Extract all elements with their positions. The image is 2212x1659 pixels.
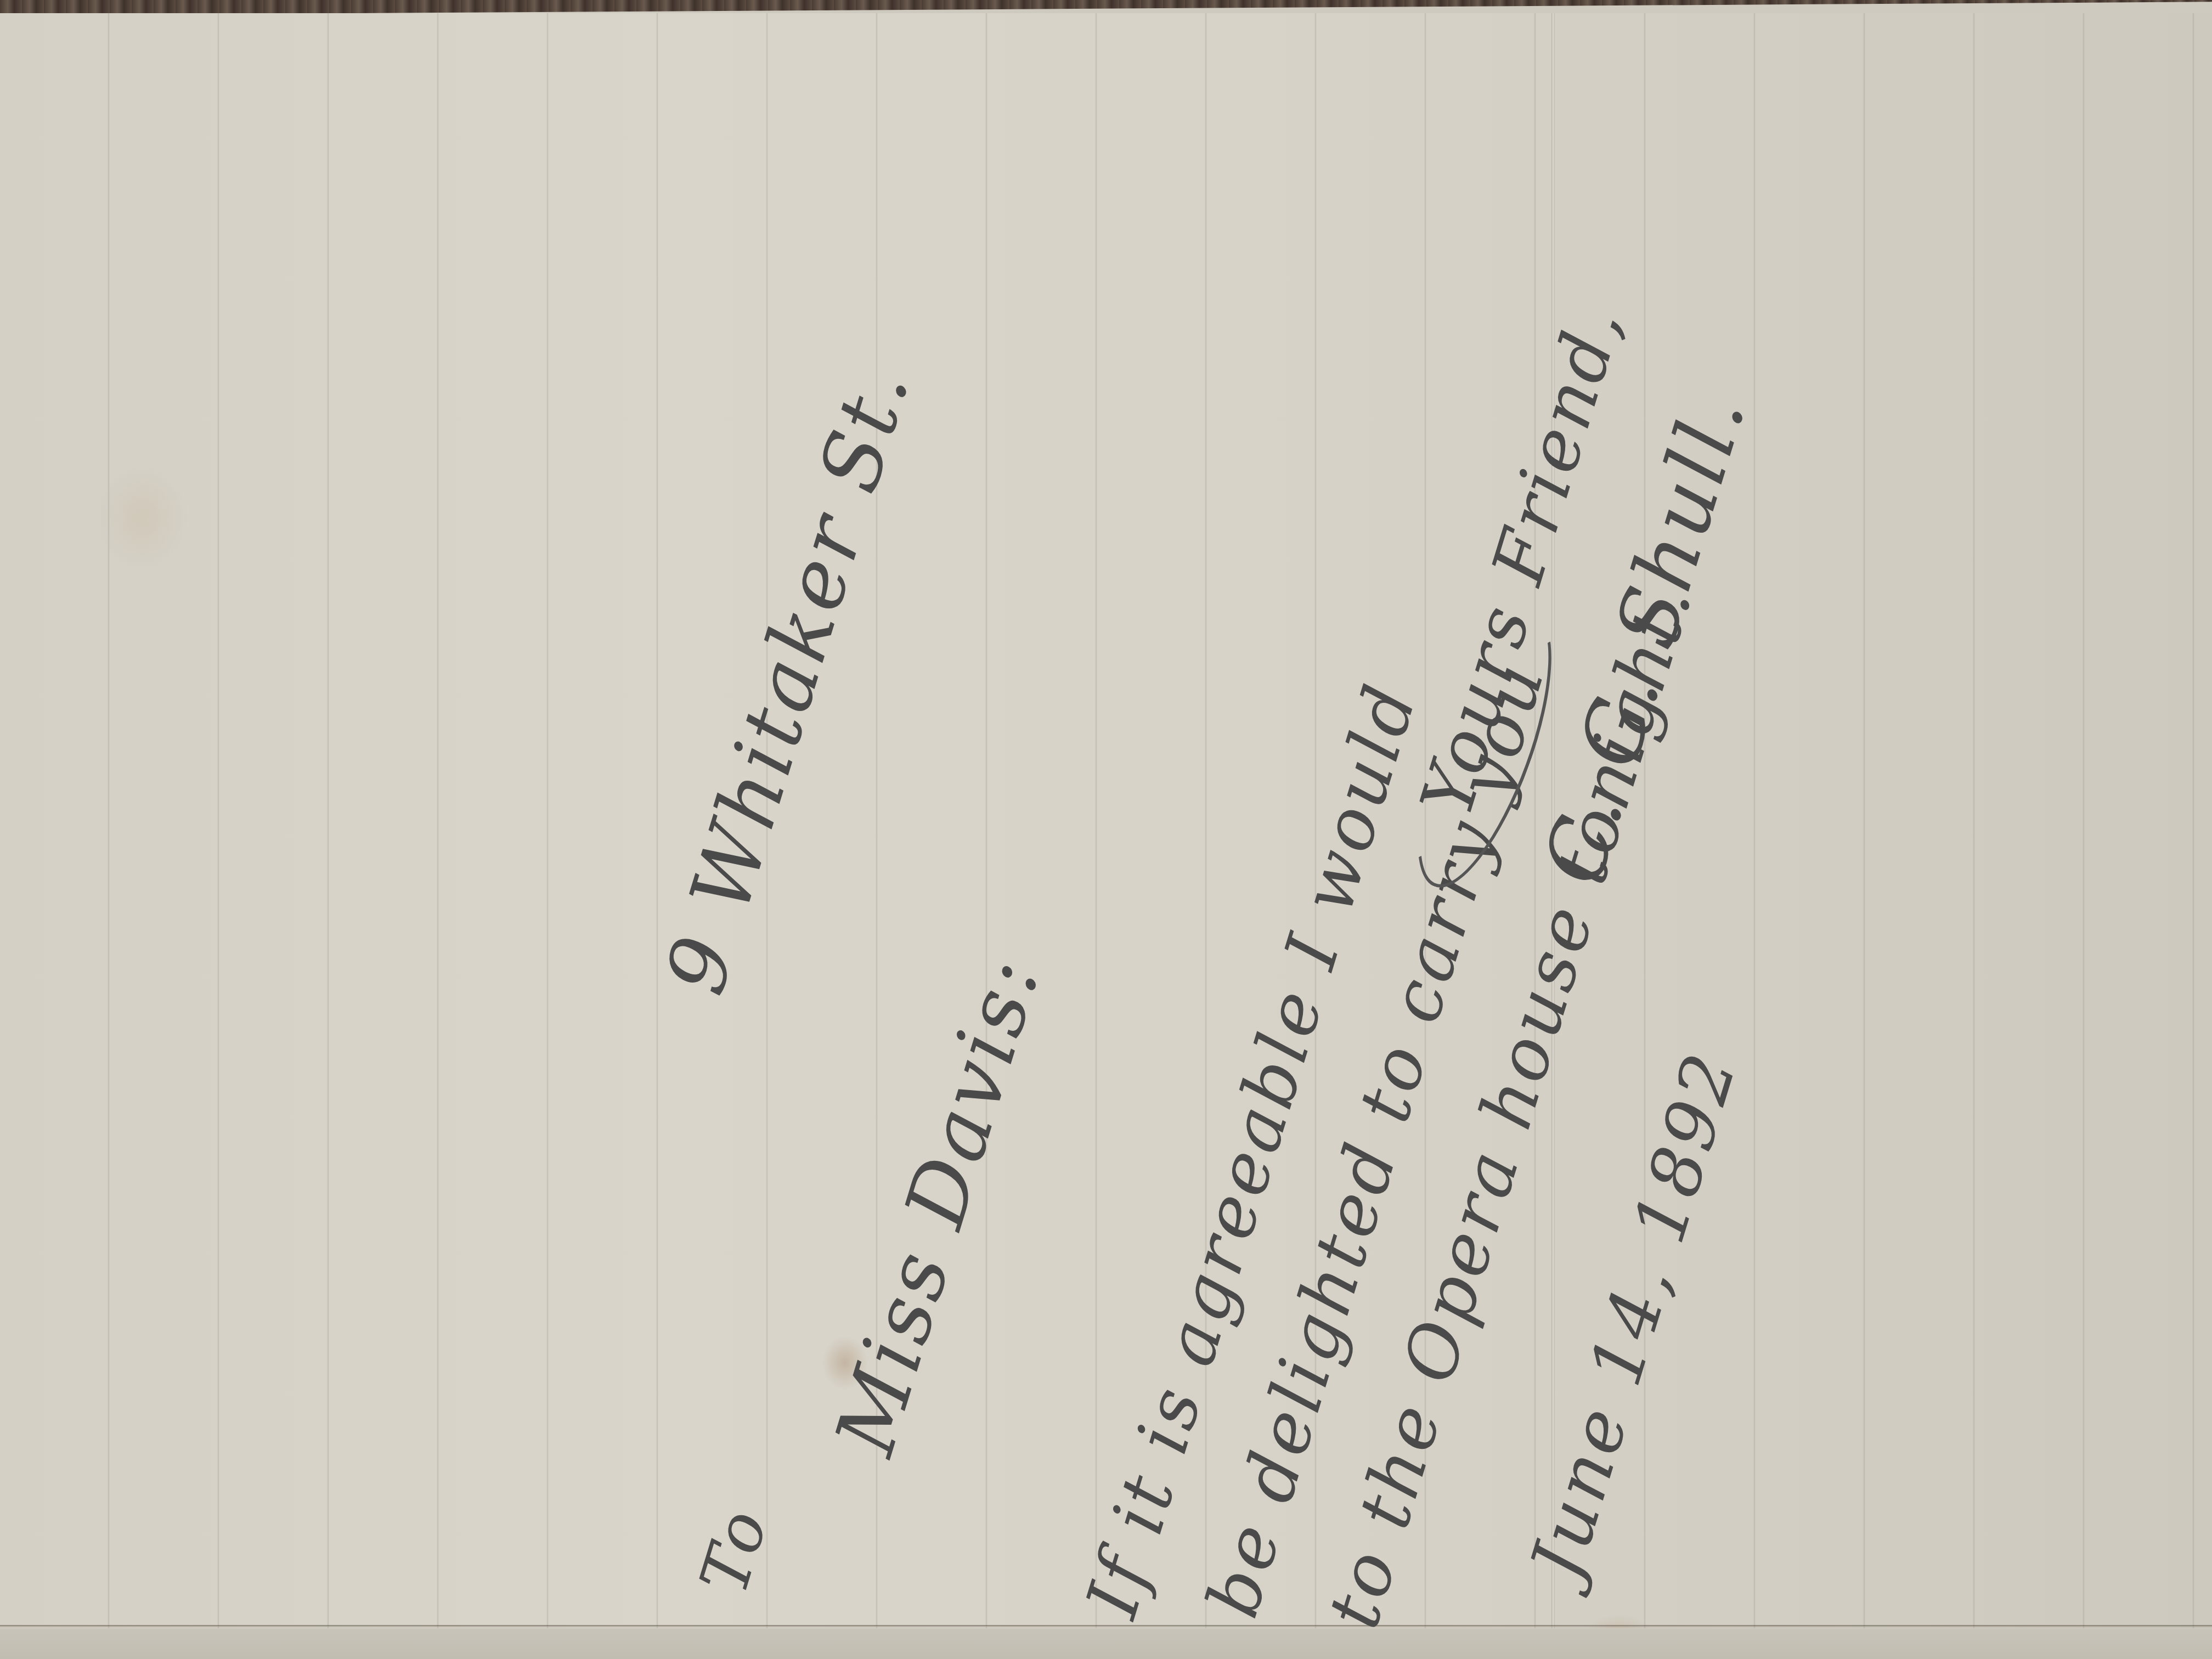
- lower-paper-strip: [0, 1628, 2212, 1659]
- letter-paper: [0, 13, 2212, 1659]
